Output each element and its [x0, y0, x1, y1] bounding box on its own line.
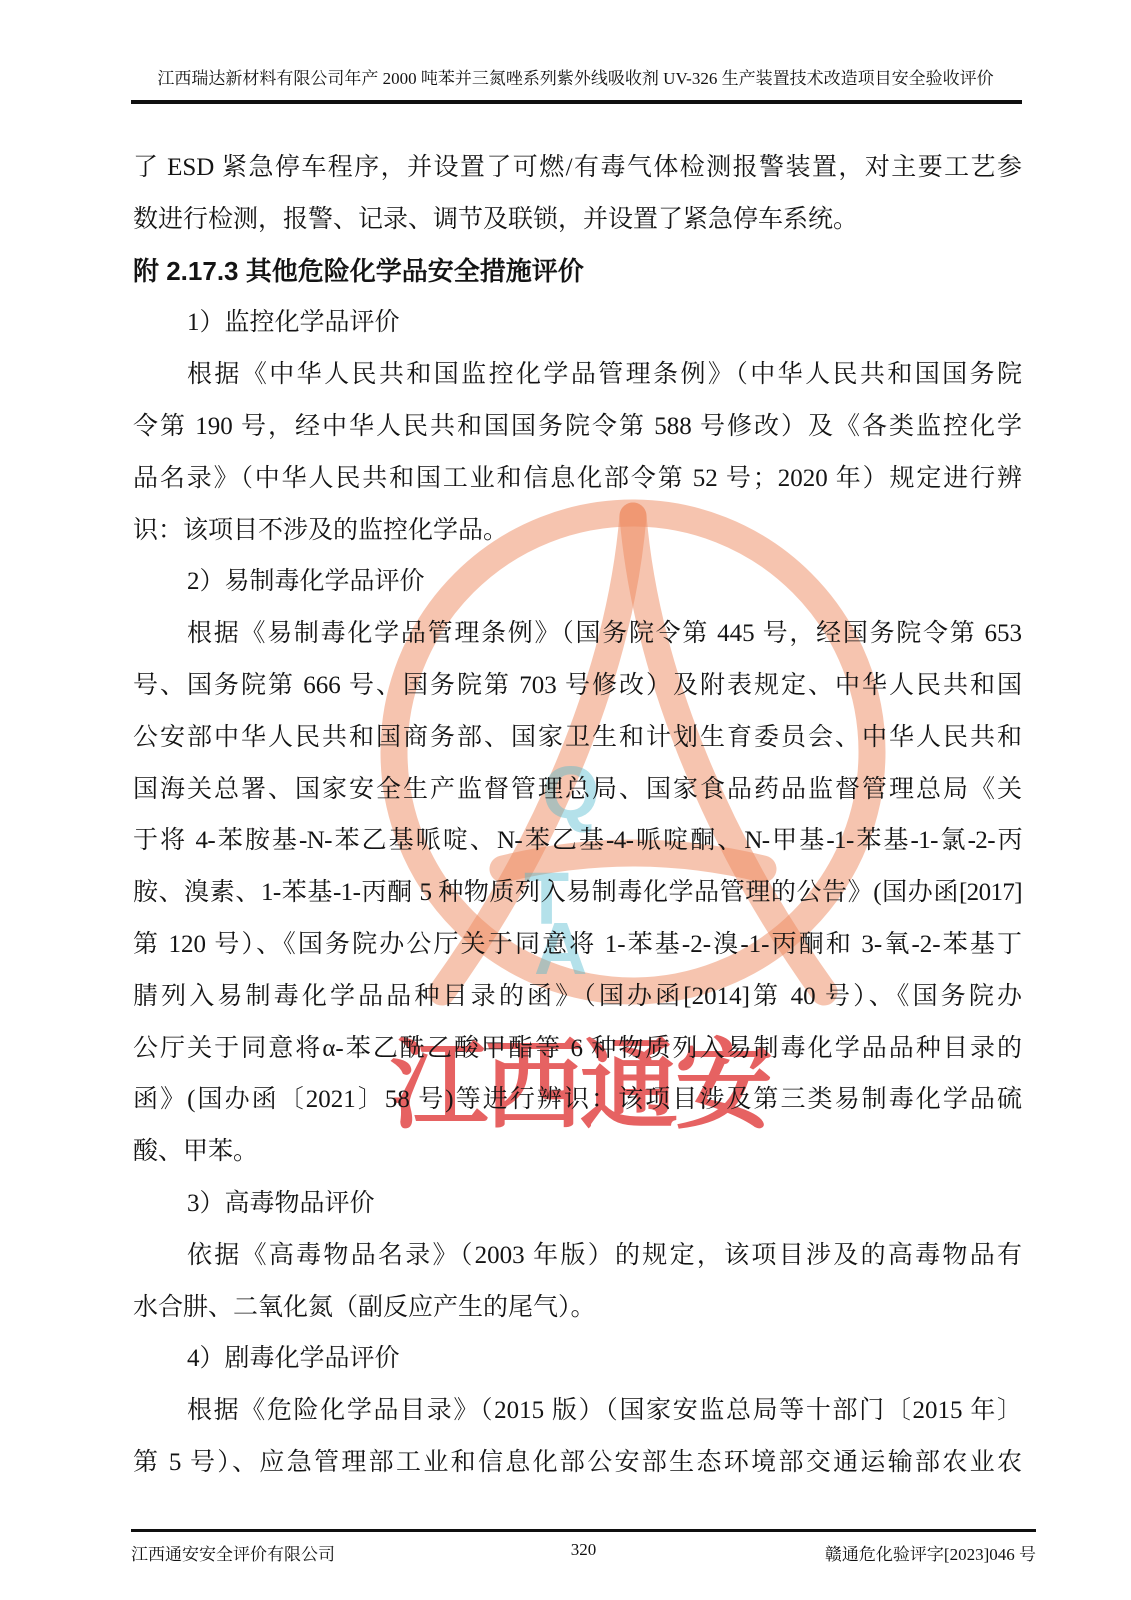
body-text: 了 ESD 紧急停车程序，并设置了可燃/有毒气体检测报警装置，对主要工艺参 数进…	[133, 142, 1022, 1489]
body-line: 根据《危险化学品目录》（2015 版）（国家安监总局等十部门〔2015 年〕	[133, 1385, 1022, 1437]
body-line: 国海关总署、国家安全生产监督管理总局、国家食品药品监督管理总局《关	[133, 764, 1022, 816]
section-heading: 附 2.17.3 其他危险化学品安全措施评价	[133, 246, 1022, 298]
header-rule	[131, 100, 1022, 104]
body-line: 腈列入易制毒化学品品种目录的函》（国办函[2014]第 40 号）、《国务院办	[133, 971, 1022, 1023]
body-line: 公安部中华人民共和国商务部、国家卫生和计划生育委员会、中华人民共和	[133, 712, 1022, 764]
body-line: 根据《中华人民共和国监控化学品管理条例》（中华人民共和国国务院	[133, 349, 1022, 401]
footer-doc-number: 赣通危化验评字[2023]046 号	[825, 1540, 1036, 1565]
body-line: 数进行检测，报警、记录、调节及联锁，并设置了紧急停车系统。	[133, 194, 1022, 246]
body-line: 识：该项目不涉及的监控化学品。	[133, 505, 1022, 557]
body-line: 第 120 号）、《国务院办公厅关于同意将 1-苯基-2-溴-1-丙酮和 3-氧…	[133, 919, 1022, 971]
footer: 江西通安安全评价有限公司 320 赣通危化验评字[2023]046 号	[131, 1540, 1036, 1564]
body-line: 依据《高毒物品名录》（2003 年版）的规定，该项目涉及的高毒物品有	[133, 1230, 1022, 1282]
body-line: 酸、甲苯。	[133, 1126, 1022, 1178]
header-title: 江西瑞达新材料有限公司年产 2000 吨苯并三氮唑系列紫外线吸收剂 UV-326…	[121, 68, 1030, 90]
list-item-3: 3）高毒物品评价	[133, 1178, 1022, 1230]
body-line: 根据《易制毒化学品管理条例》（国务院令第 445 号，经国务院令第 653	[133, 608, 1022, 660]
footer-rule	[131, 1529, 1036, 1532]
body-line: 公厅关于同意将α-苯乙酰乙酸甲酯等 6 种物质列入易制毒化学品品种目录的	[133, 1023, 1022, 1075]
body-line: 胺、溴素、1-苯基-1-丙酮 5 种物质列入易制毒化学品管理的公告》(国办函[2…	[133, 867, 1022, 919]
body-line: 水合肼、二氧化氮（副反应产生的尾气）。	[133, 1282, 1022, 1334]
body-line: 品名录》（中华人民共和国工业和信息化部令第 52 号；2020 年）规定进行辨	[133, 453, 1022, 505]
body-line: 于将 4-苯胺基-N-苯乙基哌啶、N-苯乙基-4-哌啶酮、N-甲基-1-苯基-1…	[133, 815, 1022, 867]
list-item-2: 2）易制毒化学品评价	[133, 556, 1022, 608]
document-page: Q T A 江西通安 江西瑞达新材料有限公司年产 2000 吨苯并三氮唑系列紫外…	[0, 0, 1131, 1600]
body-line: 函》(国办函〔2021〕58 号)等进行辨识：该项目涉及第三类易制毒化学品硫	[133, 1074, 1022, 1126]
list-item-1: 1）监控化学品评价	[133, 297, 1022, 349]
body-line: 第 5 号）、应急管理部工业和信息化部公安部生态环境部交通运输部农业农	[133, 1437, 1022, 1489]
body-line: 令第 190 号，经中华人民共和国国务院令第 588 号修改）及《各类监控化学	[133, 401, 1022, 453]
body-line: 号、国务院第 666 号、国务院第 703 号修改）及附表规定、中华人民共和国	[133, 660, 1022, 712]
body-line: 了 ESD 紧急停车程序，并设置了可燃/有毒气体检测报警装置，对主要工艺参	[133, 142, 1022, 194]
list-item-4: 4）剧毒化学品评价	[133, 1333, 1022, 1385]
